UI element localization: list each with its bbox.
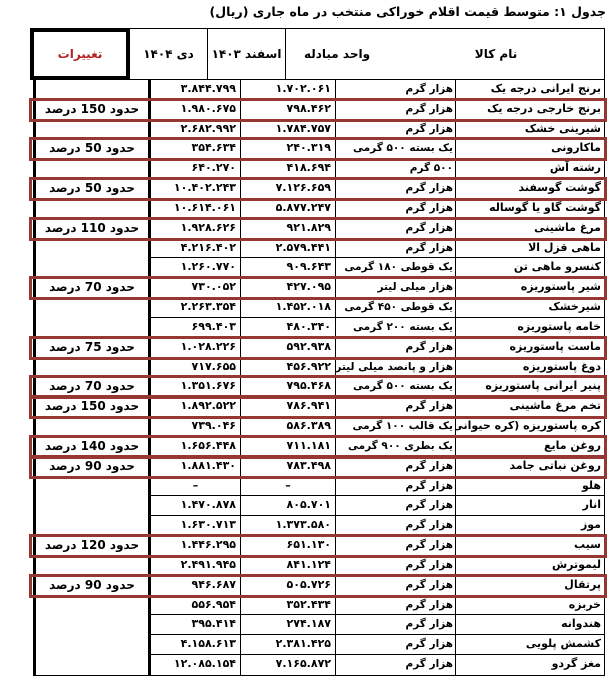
esfand-price-cell: ۲.۳۸۱.۴۲۵ bbox=[240, 635, 335, 655]
esfand-price-cell: ۲۴۰.۳۱۹ bbox=[240, 139, 335, 159]
esfand-price-cell: ۷۹۵.۴۶۸ bbox=[240, 377, 335, 397]
dey-price-cell: ۱.۲۶۰.۷۷۰ bbox=[148, 258, 240, 278]
table-row: روغن مایع یک بطری ۹۰۰ گرمی ۷۱۱.۱۸۱ ۱.۶۵۶… bbox=[36, 437, 604, 457]
column-header-unit: واحد مبادله bbox=[285, 29, 388, 79]
table-row: موز هزار گرم ۱.۳۷۳.۵۸۰ ۱.۶۳۰.۷۱۳ bbox=[36, 516, 604, 536]
esfand-price-cell: ۱.۷۸۴.۷۵۷ bbox=[240, 120, 335, 140]
table-row: مغز گردو هزار گرم ۷.۱۶۵.۸۷۲ ۱۲.۰۸۵.۱۵۴ bbox=[36, 655, 604, 675]
table-row: ماست پاستوریزه هزار گرم ۵۹۲.۹۳۸ ۱.۰۲۸.۲۲… bbox=[36, 338, 604, 358]
table-row: سیب هزار گرم ۶۵۱.۱۳۰ ۱.۴۴۶.۲۹۵ حدود 120 … bbox=[36, 536, 604, 556]
table-row: کره پاستوریزه (کره حیوانی) یک قالب ۱۰۰ گ… bbox=[36, 417, 604, 437]
page-title: جدول ۱: متوسط قیمت اقلام خوراکی منتخب در… bbox=[0, 4, 606, 19]
product-name-cell: خامه پاستوریزه bbox=[455, 318, 604, 338]
product-name-cell: گوشت گاو یا گوساله bbox=[455, 199, 604, 219]
change-cell bbox=[36, 199, 148, 219]
change-cell: حدود 120 درصد bbox=[36, 536, 148, 556]
unit-cell: هزار گرم bbox=[335, 219, 455, 239]
esfand-price-cell: ۵۹۲.۹۳۸ bbox=[240, 338, 335, 358]
change-cell: حدود 150 درصد bbox=[36, 100, 148, 120]
change-cell: حدود 90 درصد bbox=[36, 457, 148, 477]
unit-cell: هزار گرم bbox=[335, 556, 455, 576]
dey-price-cell: ۹۴۶.۶۸۷ bbox=[148, 576, 240, 596]
change-cell bbox=[36, 417, 148, 437]
dey-price-cell: ۱.۸۹۲.۵۲۲ bbox=[148, 397, 240, 417]
dey-price-cell: ۷۱۷.۶۵۵ bbox=[148, 358, 240, 378]
table-row: پرتقال هزار گرم ۵۰۵.۷۲۶ ۹۴۶.۶۸۷ حدود 90 … bbox=[36, 576, 604, 596]
dey-price-cell: ۱.۹۸۰.۶۷۵ bbox=[148, 100, 240, 120]
table-row: شیرینی خشک هزار گرم ۱.۷۸۴.۷۵۷ ۲.۶۸۲.۹۹۲ bbox=[36, 120, 604, 140]
product-name-cell: گوشت گوسفند bbox=[455, 179, 604, 199]
product-name-cell: دوغ پاستوریزه bbox=[455, 358, 604, 378]
table-row: پنیر ایرانی پاستوریزه یک بسته ۵۰۰ گرمی ۷… bbox=[36, 377, 604, 397]
change-cell bbox=[36, 635, 148, 655]
table-row: هلو هزار گرم – – bbox=[36, 477, 604, 497]
esfand-price-cell: ۸۴۱.۱۲۴ bbox=[240, 556, 335, 576]
unit-cell: هزار گرم bbox=[335, 179, 455, 199]
change-cell bbox=[36, 318, 148, 338]
change-cell bbox=[36, 80, 148, 100]
dey-price-cell: ۷۳۹.۰۴۶ bbox=[148, 417, 240, 437]
unit-cell: هزار گرم bbox=[335, 477, 455, 497]
unit-cell: یک بسته ۵۰۰ گرمی bbox=[335, 377, 455, 397]
unit-cell: هزار گرم bbox=[335, 615, 455, 635]
dey-price-cell: ۶۴۰.۲۷۰ bbox=[148, 159, 240, 179]
column-header-esfand-1403: اسفند ۱۴۰۳ bbox=[207, 29, 285, 79]
change-cell bbox=[36, 556, 148, 576]
unit-cell: هزار گرم bbox=[335, 536, 455, 556]
dey-price-cell: ۱۰.۶۱۴.۰۶۱ bbox=[148, 199, 240, 219]
esfand-price-cell: ۴۵۶.۹۲۲ bbox=[240, 358, 335, 378]
product-name-cell: روغن مایع bbox=[455, 437, 604, 457]
esfand-price-cell: ۷.۱۲۶.۶۵۹ bbox=[240, 179, 335, 199]
change-cell bbox=[36, 298, 148, 318]
product-name-cell: برنج خارجی درجه یک bbox=[455, 100, 604, 120]
dey-price-cell: ۴.۱۵۸.۶۱۳ bbox=[148, 635, 240, 655]
dey-price-cell: – bbox=[148, 477, 240, 497]
unit-cell: هزار گرم bbox=[335, 496, 455, 516]
change-cell: حدود 50 درصد bbox=[36, 179, 148, 199]
table-header: نام کالا واحد مبادله اسفند ۱۴۰۳ دی ۱۴۰۴ … bbox=[30, 28, 605, 80]
esfand-price-cell: ۴۱۸.۶۹۴ bbox=[240, 159, 335, 179]
esfand-price-cell: ۱.۴۵۲.۰۱۸ bbox=[240, 298, 335, 318]
esfand-price-cell: ۲.۵۷۹.۴۴۱ bbox=[240, 239, 335, 259]
change-cell: حدود 150 درصد bbox=[36, 397, 148, 417]
product-name-cell: برنج ایرانی درجه یک bbox=[455, 80, 604, 100]
product-name-cell: مغز گردو bbox=[455, 655, 604, 675]
esfand-price-cell: ۶۵۱.۱۳۰ bbox=[240, 536, 335, 556]
product-name-cell: کره پاستوریزه (کره حیوانی) bbox=[455, 417, 604, 437]
product-name-cell: تخم مرغ ماشینی bbox=[455, 397, 604, 417]
table-row: برنج خارجی درجه یک هزار گرم ۷۹۸.۴۶۲ ۱.۹۸… bbox=[36, 100, 604, 120]
product-name-cell: شیرینی خشک bbox=[455, 120, 604, 140]
table-row: برنج ایرانی درجه یک هزار گرم ۱.۷۰۲.۰۶۱ ۳… bbox=[36, 80, 604, 100]
unit-cell: ۵۰۰ گرم bbox=[335, 159, 455, 179]
unit-cell: هزار میلی لیتر bbox=[335, 278, 455, 298]
table-row: گوشت گاو یا گوساله هزار گرم ۵.۸۷۷.۲۴۷ ۱۰… bbox=[36, 199, 604, 219]
change-cell bbox=[36, 615, 148, 635]
change-cell bbox=[36, 358, 148, 378]
esfand-price-cell: ۹۰۹.۶۴۳ bbox=[240, 258, 335, 278]
product-name-cell: ماست پاستوریزه bbox=[455, 338, 604, 358]
esfand-price-cell: ۸۰۵.۷۰۱ bbox=[240, 496, 335, 516]
product-name-cell: پرتقال bbox=[455, 576, 604, 596]
change-cell bbox=[36, 596, 148, 616]
change-cell bbox=[36, 655, 148, 675]
dey-price-cell: ۲.۲۶۳.۳۵۴ bbox=[148, 298, 240, 318]
table-row: شیرخشک یک قوطی ۴۵۰ گرمی ۱.۴۵۲.۰۱۸ ۲.۲۶۳.… bbox=[36, 298, 604, 318]
unit-cell: یک بسته ۲۰۰ گرمی bbox=[335, 318, 455, 338]
product-name-cell: روغن نباتی جامد bbox=[455, 457, 604, 477]
unit-cell: یک بطری ۹۰۰ گرمی bbox=[335, 437, 455, 457]
product-name-cell: شیر پاستوریزه bbox=[455, 278, 604, 298]
change-cell bbox=[36, 159, 148, 179]
column-header-changes: تغییرات bbox=[31, 29, 129, 79]
unit-cell: هزار گرم bbox=[335, 397, 455, 417]
unit-cell: هزار گرم bbox=[335, 80, 455, 100]
esfand-price-cell: ۱.۳۷۳.۵۸۰ bbox=[240, 516, 335, 536]
dey-price-cell: ۱.۹۲۸.۶۲۶ bbox=[148, 219, 240, 239]
esfand-price-cell: ۱.۷۰۲.۰۶۱ bbox=[240, 80, 335, 100]
unit-cell: هزار گرم bbox=[335, 596, 455, 616]
price-table-body: برنج ایرانی درجه یک هزار گرم ۱.۷۰۲.۰۶۱ ۳… bbox=[33, 80, 605, 676]
table-row: ماهی قزل الا هزار گرم ۲.۵۷۹.۴۴۱ ۴.۲۱۶.۴۰… bbox=[36, 239, 604, 259]
dey-price-cell: ۷۳۰.۰۵۲ bbox=[148, 278, 240, 298]
product-name-cell: مرغ ماشینی bbox=[455, 219, 604, 239]
table-row: دوغ پاستوریزه هزار و پانصد میلی لیتر ۴۵۶… bbox=[36, 358, 604, 378]
dey-price-cell: ۱۲.۰۸۵.۱۵۴ bbox=[148, 655, 240, 675]
esfand-price-cell: ۷۱۱.۱۸۱ bbox=[240, 437, 335, 457]
unit-cell: هزار گرم bbox=[335, 338, 455, 358]
change-cell bbox=[36, 258, 148, 278]
product-name-cell: موز bbox=[455, 516, 604, 536]
esfand-price-cell: ۴۸۰.۳۴۰ bbox=[240, 318, 335, 338]
change-cell bbox=[36, 477, 148, 497]
product-name-cell: انار bbox=[455, 496, 604, 516]
column-header-product-name: نام کالا bbox=[388, 29, 604, 79]
table-row: روغن نباتی جامد هزار گرم ۷۸۳.۴۹۸ ۱.۸۸۱.۴… bbox=[36, 457, 604, 477]
table-row: شیر پاستوریزه هزار میلی لیتر ۴۲۷.۰۹۵ ۷۳۰… bbox=[36, 278, 604, 298]
esfand-price-cell: ۷۹۸.۴۶۲ bbox=[240, 100, 335, 120]
dey-price-cell: ۱.۶۵۶.۴۴۸ bbox=[148, 437, 240, 457]
esfand-price-cell: ۳۵۲.۴۳۴ bbox=[240, 596, 335, 616]
unit-cell: هزار گرم bbox=[335, 100, 455, 120]
dey-price-cell: ۱۰.۴۰۲.۲۴۳ bbox=[148, 179, 240, 199]
product-name-cell: ماکارونی bbox=[455, 139, 604, 159]
esfand-price-cell: – bbox=[240, 477, 335, 497]
table-row: انار هزار گرم ۸۰۵.۷۰۱ ۱.۴۷۰.۸۷۸ bbox=[36, 496, 604, 516]
product-name-cell: ماهی قزل الا bbox=[455, 239, 604, 259]
dey-price-cell: ۱.۴۷۰.۸۷۸ bbox=[148, 496, 240, 516]
unit-cell: هزار گرم bbox=[335, 576, 455, 596]
table-row: لیموترش هزار گرم ۸۴۱.۱۲۴ ۲.۴۹۱.۹۴۵ bbox=[36, 556, 604, 576]
unit-cell: هزار گرم bbox=[335, 199, 455, 219]
change-cell: حدود 75 درصد bbox=[36, 338, 148, 358]
change-cell bbox=[36, 239, 148, 259]
dey-price-cell: ۴.۲۱۶.۴۰۲ bbox=[148, 239, 240, 259]
table-row: گوشت گوسفند هزار گرم ۷.۱۲۶.۶۵۹ ۱۰.۴۰۲.۲۴… bbox=[36, 179, 604, 199]
unit-cell: هزار گرم bbox=[335, 457, 455, 477]
esfand-price-cell: ۵.۸۷۷.۲۴۷ bbox=[240, 199, 335, 219]
change-cell: حدود 90 درصد bbox=[36, 576, 148, 596]
dey-price-cell: ۲.۶۸۲.۹۹۲ bbox=[148, 120, 240, 140]
unit-cell: هزار گرم bbox=[335, 635, 455, 655]
dey-price-cell: ۳۵۴.۶۳۴ bbox=[148, 139, 240, 159]
esfand-price-cell: ۷۸۶.۹۴۱ bbox=[240, 397, 335, 417]
esfand-price-cell: ۷۸۳.۴۹۸ bbox=[240, 457, 335, 477]
table-row: مرغ ماشینی هزار گرم ۹۲۱.۸۲۹ ۱.۹۲۸.۶۲۶ حد… bbox=[36, 219, 604, 239]
dey-price-cell: ۱.۳۵۱.۶۷۶ bbox=[148, 377, 240, 397]
product-name-cell: لیموترش bbox=[455, 556, 604, 576]
product-name-cell: شیرخشک bbox=[455, 298, 604, 318]
table-row: رشته آش ۵۰۰ گرم ۴۱۸.۶۹۴ ۶۴۰.۲۷۰ bbox=[36, 159, 604, 179]
unit-cell: یک قوطی ۴۵۰ گرمی bbox=[335, 298, 455, 318]
dey-price-cell: ۳.۸۴۴.۷۹۹ bbox=[148, 80, 240, 100]
dey-price-cell: ۶۹۹.۴۰۳ bbox=[148, 318, 240, 338]
change-cell bbox=[36, 496, 148, 516]
dey-price-cell: ۳۹۵.۴۱۴ bbox=[148, 615, 240, 635]
product-name-cell: پنیر ایرانی پاستوریزه bbox=[455, 377, 604, 397]
table-row: تخم مرغ ماشینی هزار گرم ۷۸۶.۹۴۱ ۱.۸۹۲.۵۲… bbox=[36, 397, 604, 417]
change-cell: حدود 70 درصد bbox=[36, 377, 148, 397]
change-cell bbox=[36, 120, 148, 140]
dey-price-cell: ۲.۴۹۱.۹۴۵ bbox=[148, 556, 240, 576]
unit-cell: یک قوطی ۱۸۰ گرمی bbox=[335, 258, 455, 278]
esfand-price-cell: ۷.۱۶۵.۸۷۲ bbox=[240, 655, 335, 675]
table-row: کشمش پلویی هزار گرم ۲.۳۸۱.۴۲۵ ۴.۱۵۸.۶۱۳ bbox=[36, 635, 604, 655]
esfand-price-cell: ۵۰۵.۷۲۶ bbox=[240, 576, 335, 596]
product-name-cell: هلو bbox=[455, 477, 604, 497]
table-row: خامه پاستوریزه یک بسته ۲۰۰ گرمی ۴۸۰.۳۴۰ … bbox=[36, 318, 604, 338]
unit-cell: یک قالب ۱۰۰ گرمی bbox=[335, 417, 455, 437]
report-page: جدول ۱: متوسط قیمت اقلام خوراکی منتخب در… bbox=[0, 0, 610, 676]
column-header-dey-1404: دی ۱۴۰۴ bbox=[129, 29, 207, 79]
product-name-cell: کنسرو ماهی تن bbox=[455, 258, 604, 278]
table-row: کنسرو ماهی تن یک قوطی ۱۸۰ گرمی ۹۰۹.۶۴۳ ۱… bbox=[36, 258, 604, 278]
dey-price-cell: ۱.۰۲۸.۲۲۶ bbox=[148, 338, 240, 358]
unit-cell: هزار و پانصد میلی لیتر bbox=[335, 358, 455, 378]
table-row: هندوانه هزار گرم ۲۷۴.۱۸۷ ۳۹۵.۴۱۴ bbox=[36, 615, 604, 635]
change-cell: حدود 110 درصد bbox=[36, 219, 148, 239]
dey-price-cell: ۱.۸۸۱.۴۳۰ bbox=[148, 457, 240, 477]
esfand-price-cell: ۲۷۴.۱۸۷ bbox=[240, 615, 335, 635]
product-name-cell: رشته آش bbox=[455, 159, 604, 179]
product-name-cell: هندوانه bbox=[455, 615, 604, 635]
product-name-cell: کشمش پلویی bbox=[455, 635, 604, 655]
dey-price-cell: ۱.۶۳۰.۷۱۳ bbox=[148, 516, 240, 536]
dey-price-cell: ۵۵۶.۹۵۴ bbox=[148, 596, 240, 616]
table-row: خربزه هزار گرم ۳۵۲.۴۳۴ ۵۵۶.۹۵۴ bbox=[36, 596, 604, 616]
table-row: ماکارونی یک بسته ۵۰۰ گرمی ۲۴۰.۳۱۹ ۳۵۴.۶۳… bbox=[36, 139, 604, 159]
unit-cell: هزار گرم bbox=[335, 516, 455, 536]
esfand-price-cell: ۴۲۷.۰۹۵ bbox=[240, 278, 335, 298]
change-cell bbox=[36, 516, 148, 536]
change-cell: حدود 70 درصد bbox=[36, 278, 148, 298]
change-cell: حدود 140 درصد bbox=[36, 437, 148, 457]
product-name-cell: سیب bbox=[455, 536, 604, 556]
unit-cell: هزار گرم bbox=[335, 239, 455, 259]
product-name-cell: خربزه bbox=[455, 596, 604, 616]
esfand-price-cell: ۵۸۶.۳۸۹ bbox=[240, 417, 335, 437]
unit-cell: هزار گرم bbox=[335, 120, 455, 140]
unit-cell: یک بسته ۵۰۰ گرمی bbox=[335, 139, 455, 159]
change-cell: حدود 50 درصد bbox=[36, 139, 148, 159]
dey-price-cell: ۱.۴۴۶.۲۹۵ bbox=[148, 536, 240, 556]
esfand-price-cell: ۹۲۱.۸۲۹ bbox=[240, 219, 335, 239]
unit-cell: هزار گرم bbox=[335, 655, 455, 675]
